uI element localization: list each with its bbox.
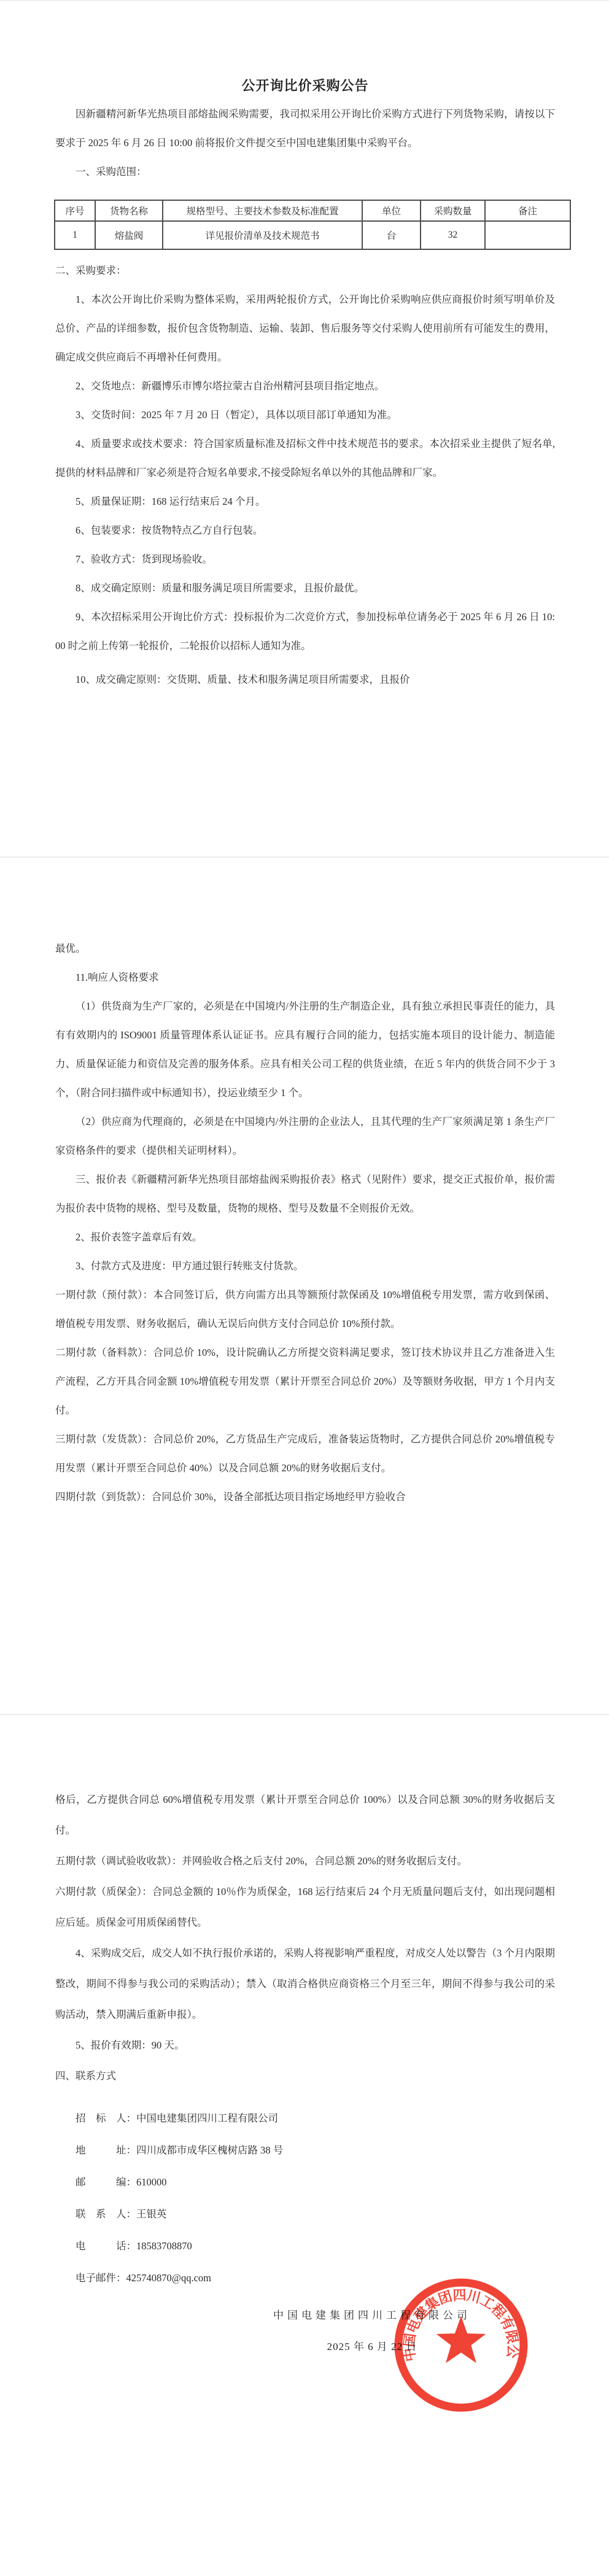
cell-quantity: 32 [421, 221, 485, 249]
document-page-1: 公开询比价采购公告 因新疆精河新华光热项目部熔盐阀采购需要，我司拟采用公开询比价… [0, 0, 609, 858]
cell-index: 1 [55, 221, 95, 249]
payment-phase-2: 二期付款（备料款）：合同总价 10%，设计院确认乙方所提交资料满足要求，签订技术… [55, 1338, 555, 1425]
contact-phone: 电 话：18583708870 [55, 2230, 555, 2262]
contact-bidder: 招 标 人：中国电建集团四川工程有限公司 [55, 2103, 555, 2134]
qualification-heading: 11.响应人资格要求 [55, 963, 555, 992]
requirement-item-7: 7、验收方式：货到现场验收。 [55, 545, 555, 574]
goods-table: 序号 货物名称 规格型号、主要技术参数及标准配置 单位 采购数量 备注 1 熔盐… [54, 200, 571, 250]
payment-phase-3: 三期付款（发货款）：合同总价 20%，乙方货品生产完成后，准备装运货物时，乙方提… [55, 1425, 555, 1482]
requirement-item-6: 6、包装要求：按货物特点乙方自行包装。 [55, 516, 555, 545]
col-header-unit: 单位 [362, 200, 421, 221]
qualification-item-1: （1）供货商为生产厂家的，必须是在中国境内/外注册的生产制造企业，具有独立承担民… [55, 992, 555, 1107]
col-header-goods-name: 货物名称 [95, 200, 163, 221]
table-row: 1 熔盐阀 详见报价清单及技术规范书 台 32 [55, 221, 570, 249]
requirement-item-8: 8、成交确定原则：质量和服务满足项目所需要求，且报价最优。 [55, 574, 555, 602]
intro-paragraph: 因新疆精河新华光热项目部熔盐阀采购需要，我司拟采用公开询比价采购方式进行下列货物… [55, 99, 555, 157]
signature-company: 中国电建集团四川工程有限公司 [268, 2300, 476, 2331]
requirement-item-3: 3、交货时间：2025 年 7 月 20 日（暂定），具体以项目部订单通知为准。 [55, 400, 555, 429]
section-heading-requirements: 二、采购要求： [55, 256, 555, 285]
signature-date: 2025 年 6 月 22 日 [268, 2331, 476, 2363]
payment-phase-4: 四期付款（到货款）：合同总价 30%，设备全部抵达项目指定场地经甲方验收合 [55, 1482, 555, 1511]
continuation-text: 最优。 [55, 934, 555, 963]
cell-spec: 详见报价清单及技术规范书 [163, 221, 362, 249]
requirement-item-9: 9、本次招标采用公开询比价方式：投标报价为二次竞价方式，参加投标单位请务必于 2… [55, 602, 555, 660]
requirement-item-2: 2、交货地点：新疆博乐市博尔塔拉蒙古自治州精河县项目指定地点。 [55, 372, 555, 400]
payment-phase-1: 一期付款（预付款）：本合同签订后，供方向需方出具等额预付款保函及 10%增值税专… [55, 1280, 555, 1338]
contact-block: 招 标 人：中国电建集团四川工程有限公司 地 址：四川成都市成华区槐树店路 38… [55, 2103, 555, 2294]
payment-phase-6: 六期付款（质保金）：合同总金额的 10％作为质保金，168 运行结束后 24 个… [55, 1877, 555, 1938]
section-heading-contact: 四、联系方式 [55, 2061, 555, 2092]
document-page-3: 格后，乙方提供合同总 60%增值税专用发票（累计开票至合同总价 100%）以及合… [0, 1715, 609, 2576]
payment-phase-5: 五期付款（调试验收收款）：并网验收合格之后支付 20%，合同总额 20%的财务收… [55, 1846, 555, 1877]
quotation-item-3-payment: 3、付款方式及进度：甲方通过银行转账支付货款。 [55, 1251, 555, 1280]
contact-person: 联 系 人：王银英 [55, 2198, 555, 2230]
col-header-index: 序号 [55, 200, 95, 221]
contact-email: 电子邮件：425740870@qq.com [55, 2262, 555, 2294]
section-heading-quotation: 三、报价表《新疆精河新华光热项目部熔盐阀采购报价表》格式（见附件）要求，提交正式… [55, 1165, 555, 1223]
requirement-item-5: 5、质量保证期：168 运行结束后 24 个月。 [55, 487, 555, 516]
col-header-remark: 备注 [485, 200, 570, 221]
cell-remark [485, 221, 570, 249]
signature-block: 中国电建集团四川工程有限公司 2025 年 6 月 22 日 [268, 2300, 476, 2363]
table-header-row: 序号 货物名称 规格型号、主要技术参数及标准配置 单位 采购数量 备注 [55, 200, 570, 221]
cell-unit: 台 [362, 221, 421, 249]
payment-phase-4-continuation: 格后，乙方提供合同总 60%增值税专用发票（累计开票至合同总价 100%）以及合… [55, 1784, 555, 1846]
col-header-spec: 规格型号、主要技术参数及标准配置 [163, 200, 362, 221]
penalty-item-4: 4、采购成交后，成交人如不执行报价承诺的，采购人将视影响严重程度，对成交人处以警… [55, 1938, 555, 2030]
page-title: 公开询比价采购公告 [55, 72, 555, 99]
requirement-item-4: 4、质量要求或技术要求：符合国家质量标准及招标文件中技术规范书的要求。本次招采业… [55, 429, 555, 487]
validity-item-5: 5、报价有效期：90 天。 [55, 2030, 555, 2061]
qualification-item-2: （2）供应商为代理商的，必须是在中国境内/外注册的企业法人，且其代理的生产厂家须… [55, 1107, 555, 1165]
cell-goods-name: 熔盐阀 [95, 221, 163, 249]
contact-address: 地 址：四川成都市成华区槐树店路 38 号 [55, 2134, 555, 2166]
quotation-item-2: 2、报价表签字盖章后有效。 [55, 1223, 555, 1251]
contact-postcode: 邮 编：610000 [55, 2166, 555, 2198]
col-header-quantity: 采购数量 [421, 200, 485, 221]
requirement-item-1: 1、本次公开询比价采购为整体采购，采用两轮报价方式，公开询比价采购响应供应商报价… [55, 285, 555, 372]
document-page-2: 最优。 11.响应人资格要求 （1）供货商为生产厂家的，必须是在中国境内/外注册… [0, 858, 609, 1715]
section-heading-scope: 一、采购范围： [55, 157, 555, 186]
requirement-item-10: 10、成交确定原则：交货期、质量、技术和服务满足项目所需要求，且报价 [55, 665, 555, 694]
